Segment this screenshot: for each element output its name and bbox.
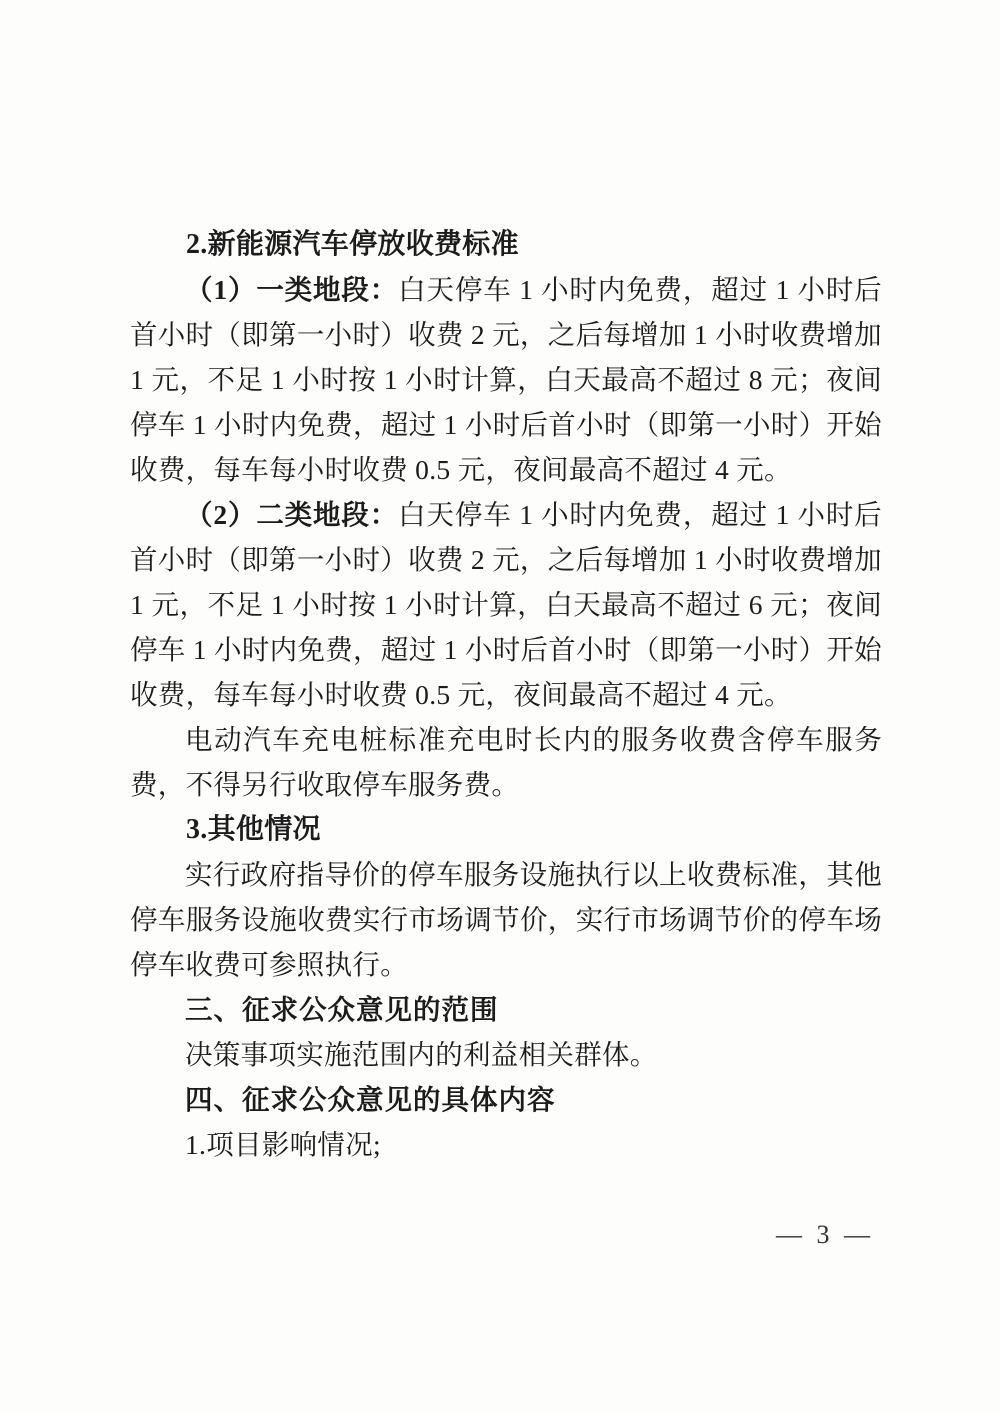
- heading-parking-fee-standard: 2.新能源汽车停放收费标准: [130, 222, 882, 267]
- paragraph-item-project-impact: 1.项目影响情况;: [130, 1122, 882, 1167]
- paragraph-zone-one-lead: （1）一类地段：: [185, 274, 398, 305]
- paragraph-zone-two-lead: （2）二类地段：: [185, 499, 398, 530]
- paragraph-zone-two-text: 白天停车 1 小时内免费，超过 1 小时后首小时（即第一小时）收费 2 元，之后…: [130, 499, 882, 710]
- paragraph-ev-charging: 电动汽车充电桩标准充电时长内的服务收费含停车服务费，不得另行收取停车服务费。: [130, 717, 882, 807]
- page-number: — 3 —: [776, 1220, 874, 1250]
- heading-other-situations: 3.其他情况: [130, 807, 882, 852]
- paragraph-zone-one-text: 白天停车 1 小时内免费，超过 1 小时后首小时（即第一小时）收费 2 元，之后…: [130, 274, 882, 485]
- heading-content-of-public-opinion: 四、征求公众意见的具体内容: [130, 1077, 882, 1122]
- paragraph-scope-body: 决策事项实施范围内的利益相关群体。: [130, 1032, 882, 1077]
- paragraph-implementation: 实行政府指导价的停车服务设施执行以上收费标准，其他停车服务设施收费实行市场调节价…: [130, 852, 882, 987]
- document-body: 2.新能源汽车停放收费标准 （1）一类地段：白天停车 1 小时内免费，超过 1 …: [130, 222, 882, 1167]
- paragraph-zone-one: （1）一类地段：白天停车 1 小时内免费，超过 1 小时后首小时（即第一小时）收…: [130, 267, 882, 492]
- heading-scope-of-public-opinion: 三、征求公众意见的范围: [130, 987, 882, 1032]
- paragraph-zone-two: （2）二类地段：白天停车 1 小时内免费，超过 1 小时后首小时（即第一小时）收…: [130, 492, 882, 717]
- scanned-document-page: 2.新能源汽车停放收费标准 （1）一类地段：白天停车 1 小时内免费，超过 1 …: [0, 0, 1000, 1413]
